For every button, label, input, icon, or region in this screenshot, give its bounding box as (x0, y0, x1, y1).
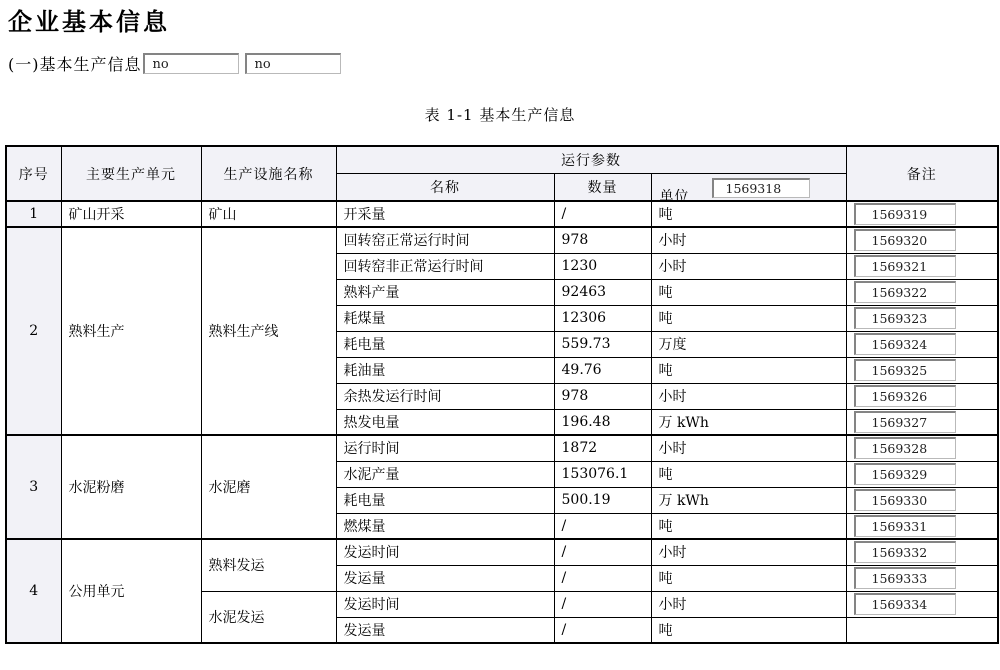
remark-input[interactable] (854, 437, 956, 459)
table-row: 4 公用单元 熟料发运 发运时间 / 小时 (6, 539, 998, 565)
facility-cell: 矿山 (201, 201, 336, 227)
remark-cell (846, 357, 998, 383)
param-name-cell: 发运量 (336, 565, 554, 591)
facility-cell: 熟料生产线 (201, 227, 336, 435)
quantity-cell: 1872 (554, 435, 651, 461)
measure-unit-cell: 小时 (651, 539, 846, 565)
quantity-cell: 978 (554, 227, 651, 253)
facility-cell: 水泥发运 (201, 591, 336, 643)
remark-cell (846, 435, 998, 461)
header-quantity: 数量 (554, 173, 651, 201)
remark-cell (846, 487, 998, 513)
remark-cell (846, 227, 998, 253)
param-name-cell: 运行时间 (336, 435, 554, 461)
param-name-cell: 余热发运行时间 (336, 383, 554, 409)
quantity-cell: / (554, 591, 651, 617)
quantity-cell: 153076.1 (554, 461, 651, 487)
remark-cell (846, 305, 998, 331)
page-title: 企业基本信息 (8, 2, 170, 37)
facility-cell: 水泥磨 (201, 435, 336, 539)
quantity-cell: 978 (554, 383, 651, 409)
param-name-cell: 耗电量 (336, 331, 554, 357)
quantity-cell: 12306 (554, 305, 651, 331)
remark-cell-empty (846, 617, 998, 643)
section-header: (一)基本生产信息 (8, 52, 346, 75)
remark-input[interactable] (854, 567, 956, 589)
quantity-cell: / (554, 617, 651, 643)
param-name-cell: 耗油量 (336, 357, 554, 383)
remark-input[interactable] (854, 307, 956, 329)
measure-unit-cell: 吨 (651, 201, 846, 227)
param-name-cell: 耗煤量 (336, 305, 554, 331)
section-input-2[interactable] (245, 53, 341, 74)
param-name-cell: 水泥产量 (336, 461, 554, 487)
section-label: (一)基本生产信息 (8, 52, 142, 75)
row-index-cell: 4 (6, 539, 61, 643)
measure-unit-cell: 吨 (651, 279, 846, 305)
facility-cell: 熟料发运 (201, 539, 336, 591)
quantity-cell: 1230 (554, 253, 651, 279)
remark-input[interactable] (854, 359, 956, 381)
remark-input[interactable] (854, 515, 956, 537)
table-row: 3 水泥粉磨 水泥磨 运行时间 1872 小时 (6, 435, 998, 461)
param-name-cell: 发运量 (336, 617, 554, 643)
row-index-cell: 1 (6, 201, 61, 227)
table-row: 1 矿山开采 矿山 开采量 / 吨 (6, 201, 998, 227)
remark-input[interactable] (854, 255, 956, 277)
remark-cell (846, 461, 998, 487)
table-row: 2 熟料生产 熟料生产线 回转窑正常运行时间 978 小时 (6, 227, 998, 253)
header-index: 序号 (6, 146, 61, 201)
remark-input[interactable] (854, 333, 956, 355)
quantity-cell: / (554, 539, 651, 565)
measure-unit-cell: 吨 (651, 461, 846, 487)
param-name-cell: 发运时间 (336, 539, 554, 565)
quantity-cell: 500.19 (554, 487, 651, 513)
remark-cell (846, 591, 998, 617)
measure-unit-cell: 吨 (651, 565, 846, 591)
header-facility: 生产设施名称 (201, 146, 336, 201)
remark-input[interactable] (854, 463, 956, 485)
measure-unit-cell: 吨 (651, 617, 846, 643)
section-input-1[interactable] (143, 53, 239, 74)
production-info-table: 序号 主要生产单元 生产设施名称 运行参数 备注 名称 数量 单位 1 矿山开采… (5, 145, 999, 644)
param-name-cell: 回转窑正常运行时间 (336, 227, 554, 253)
quantity-cell: 559.73 (554, 331, 651, 357)
remark-cell (846, 409, 998, 435)
remark-cell (846, 513, 998, 539)
row-index-cell: 2 (6, 227, 61, 435)
quantity-cell: 92463 (554, 279, 651, 305)
measure-unit-cell: 小时 (651, 591, 846, 617)
production-unit-cell: 公用单元 (61, 539, 201, 643)
header-param-name: 名称 (336, 173, 554, 201)
table-caption: 表 1-1 基本生产信息 (0, 104, 1000, 125)
measure-unit-cell: 万 kWh (651, 409, 846, 435)
measure-unit-cell: 小时 (651, 227, 846, 253)
param-name-cell: 耗电量 (336, 487, 554, 513)
remark-input[interactable] (854, 203, 956, 225)
remark-input[interactable] (854, 489, 956, 511)
remark-cell (846, 383, 998, 409)
measure-unit-cell: 万 kWh (651, 487, 846, 513)
quantity-cell: 196.48 (554, 409, 651, 435)
param-name-cell: 热发电量 (336, 409, 554, 435)
remark-cell (846, 201, 998, 227)
param-name-cell: 发运时间 (336, 591, 554, 617)
measure-unit-cell: 万度 (651, 331, 846, 357)
production-unit-cell: 矿山开采 (61, 201, 201, 227)
measure-unit-label: 单位 (660, 186, 690, 201)
remark-input[interactable] (854, 541, 956, 563)
header-operating-params: 运行参数 (336, 146, 846, 173)
quantity-cell: / (554, 201, 651, 227)
measure-unit-cell: 小时 (651, 253, 846, 279)
remark-cell (846, 279, 998, 305)
quantity-cell: / (554, 513, 651, 539)
production-unit-cell: 水泥粉磨 (61, 435, 201, 539)
measure-unit-cell: 小时 (651, 383, 846, 409)
param-name-cell: 回转窑非正常运行时间 (336, 253, 554, 279)
production-unit-cell: 熟料生产 (61, 227, 201, 435)
quantity-cell: 49.76 (554, 357, 651, 383)
quantity-cell: / (554, 565, 651, 591)
remark-input[interactable] (854, 281, 956, 303)
measure-unit-cell: 吨 (651, 357, 846, 383)
remark-cell (846, 565, 998, 591)
remark-cell (846, 253, 998, 279)
remark-input[interactable] (854, 411, 956, 433)
param-name-cell: 开采量 (336, 201, 554, 227)
header-production-unit: 主要生产单元 (61, 146, 201, 201)
param-name-cell: 燃煤量 (336, 513, 554, 539)
remark-cell (846, 539, 998, 565)
remark-input[interactable] (854, 385, 956, 407)
row-index-cell: 3 (6, 435, 61, 539)
remark-input[interactable] (854, 593, 956, 615)
measure-unit-cell: 吨 (651, 305, 846, 331)
measure-unit-cell: 吨 (651, 513, 846, 539)
measure-unit-cell: 小时 (651, 435, 846, 461)
unit-header-input[interactable] (712, 178, 810, 198)
param-name-cell: 熟料产量 (336, 279, 554, 305)
header-remark: 备注 (846, 146, 998, 201)
remark-cell (846, 331, 998, 357)
remark-input[interactable] (854, 229, 956, 251)
header-measure-unit: 单位 (651, 173, 846, 201)
